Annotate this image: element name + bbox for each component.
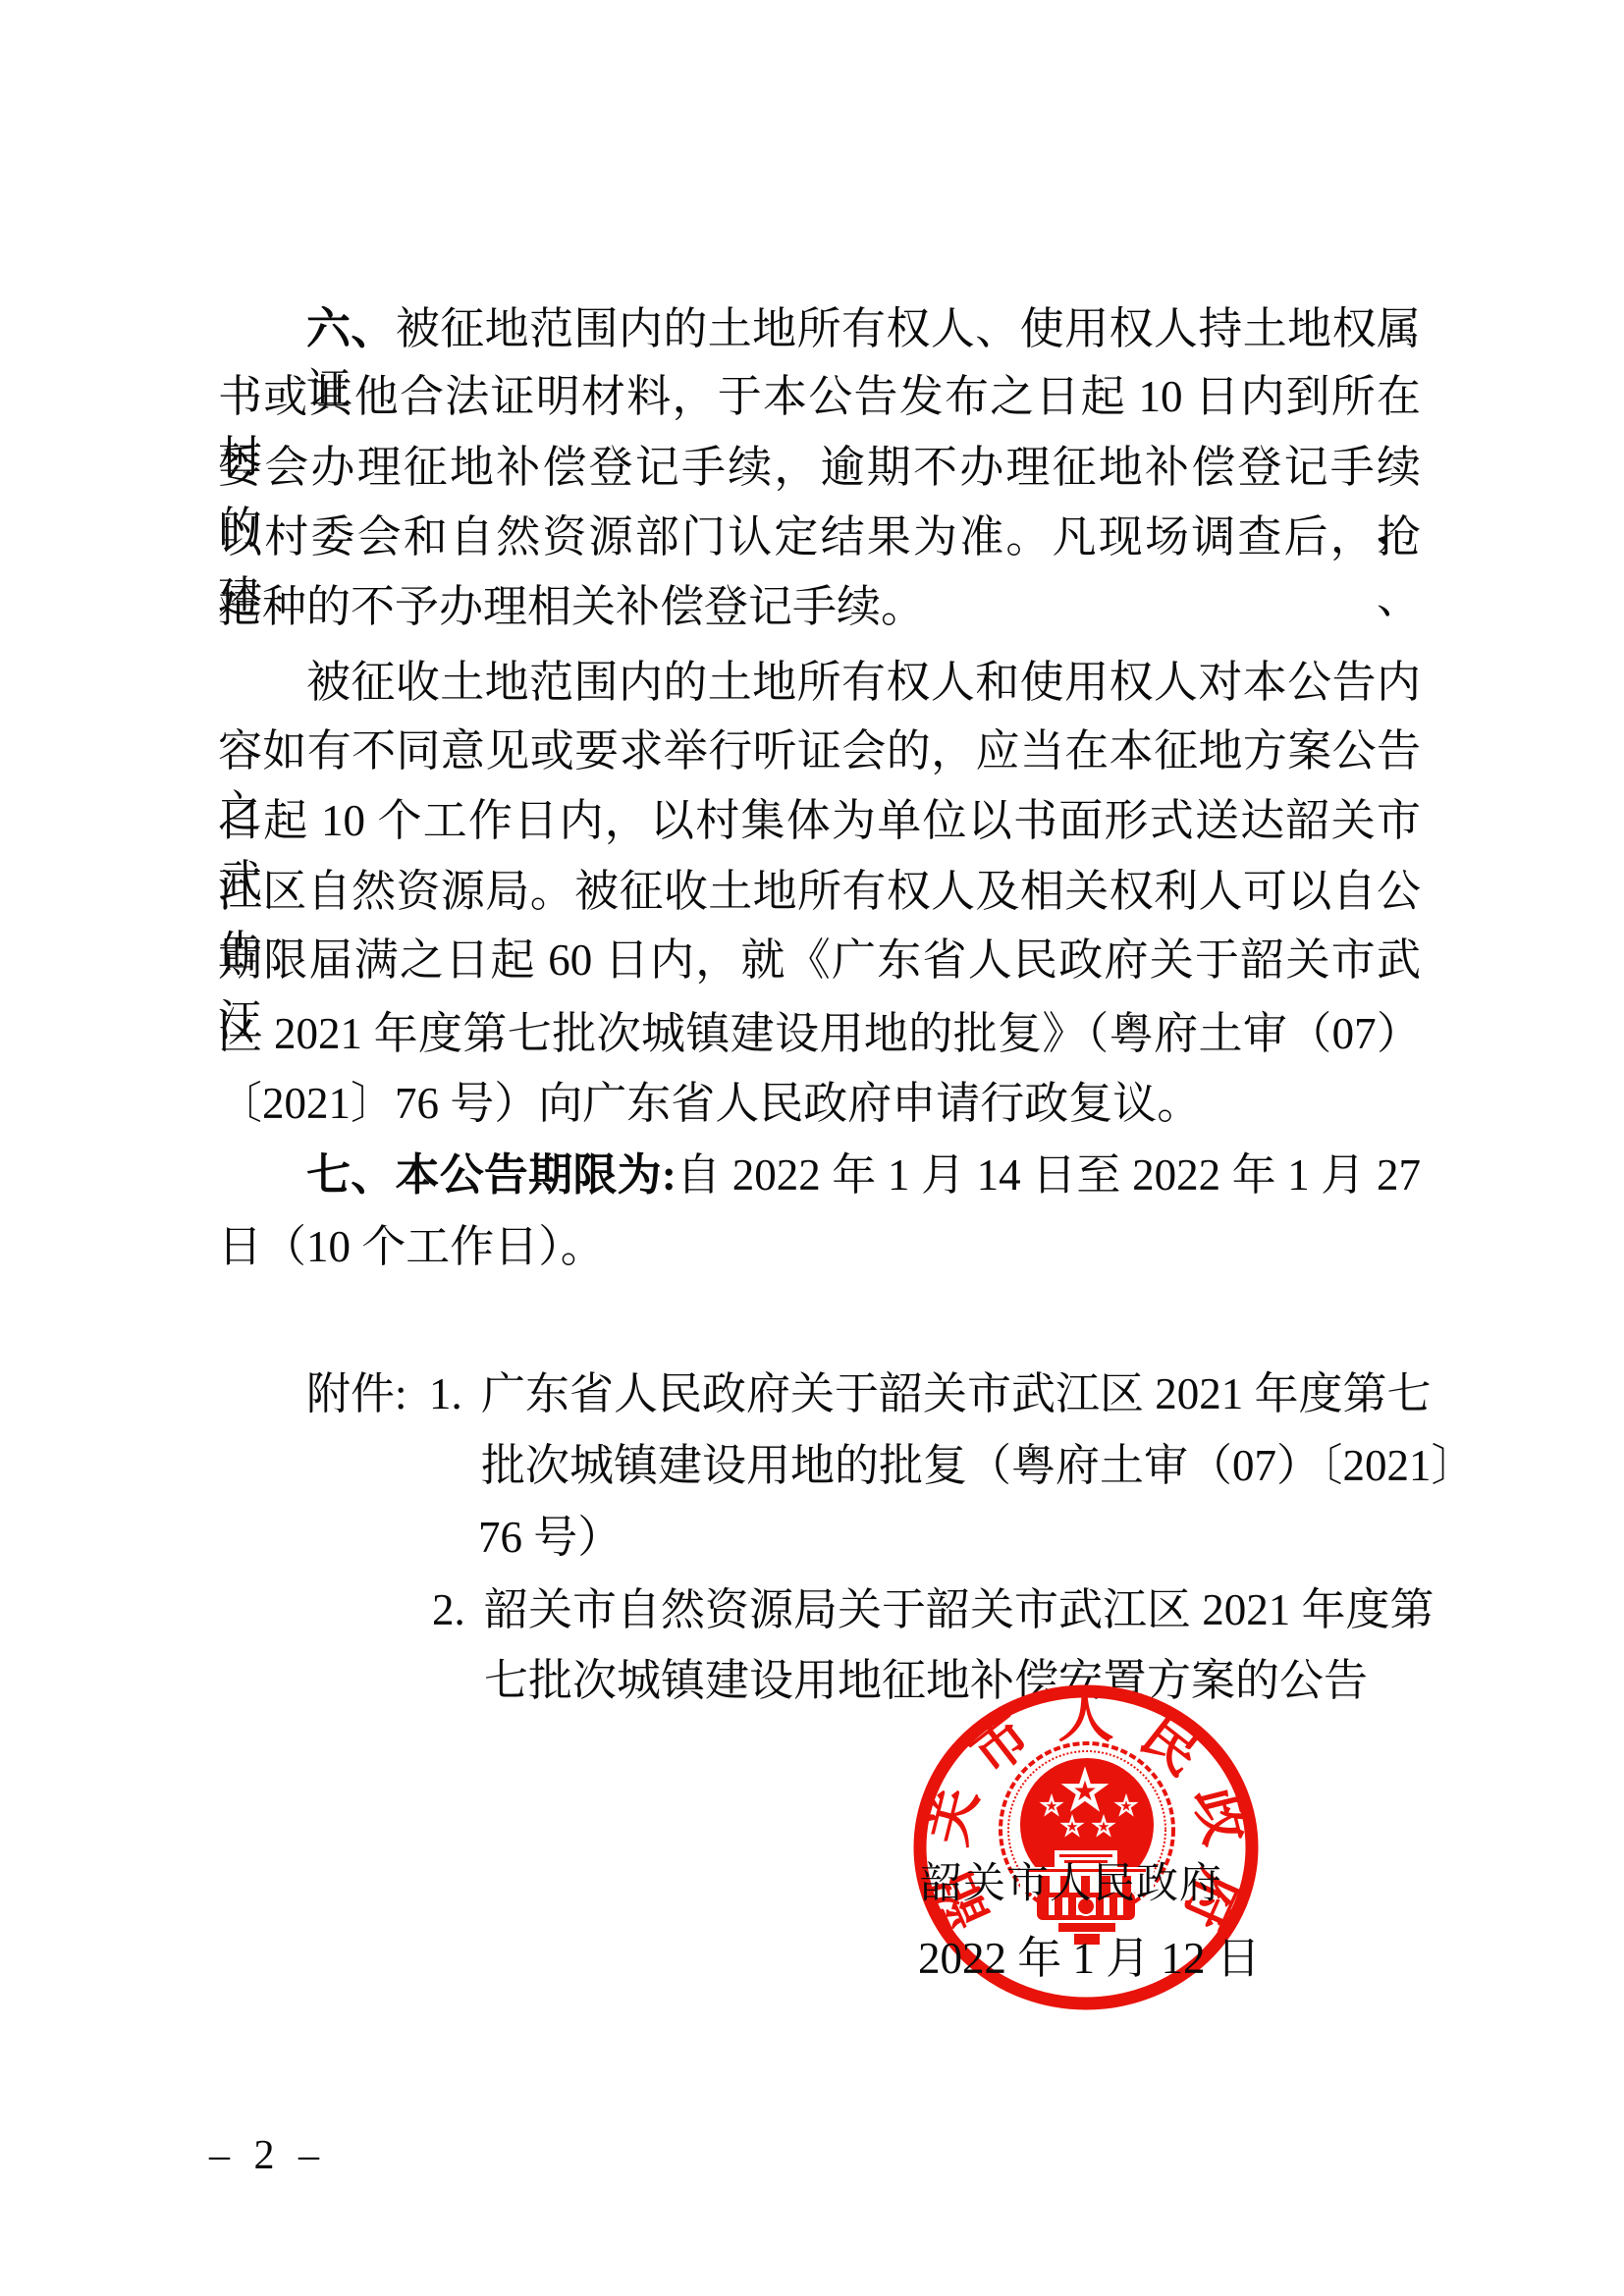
seal-char: 民 <box>1129 1704 1212 1788</box>
body-line: 七、本公告期限为:自 2022 年 1 月 14 日至 2022 年 1 月 2… <box>218 1145 1421 1205</box>
section6-number: 六、 <box>306 304 396 353</box>
body-text: 自 2022 年 1 月 14 日至 2022 年 1 月 27 <box>677 1150 1421 1200</box>
body-line: 容如有不同意见或要求举行听证会的，应当在本征地方案公告之 <box>218 721 1421 781</box>
attachments-label: 附件: <box>306 1363 429 1424</box>
attachment-line: 广东省人民政府关于韶关市武江区 2021 年度第七 <box>481 1369 1432 1418</box>
seal-char: 关 <box>916 1782 990 1851</box>
attachment-item-number: 2. <box>432 1579 484 1640</box>
attachment-row: 附件:1.广东省人民政府关于韶关市武江区 2021 年度第七 <box>306 1363 1432 1424</box>
body-line: 日起 10 个工作日内，以村集体为单位以书面形式送达韶关市武 <box>218 790 1421 851</box>
signature-date: 2022 年 1 月 12 日 <box>918 1933 1261 1984</box>
document-page: 六、被征地范围内的土地所有权人、使用权人持土地权属证 书或其他合法证明材料，于本… <box>0 0 1624 2296</box>
national-emblem-icon <box>1001 1743 1173 1945</box>
body-line: 委会办理征地补偿登记手续，逾期不办理征地补偿登记手续的， <box>218 437 1421 498</box>
body-line: 区 2021 年度第七批次城镇建设用地的批复》（粤府土审（07） <box>218 1003 1421 1064</box>
page-number: – 2 – <box>209 2130 326 2181</box>
attachment-line: 76 号） <box>478 1507 622 1568</box>
body-line: 以村委会和自然资源部门认定结果为准。凡现场调查后，抢建、 <box>218 507 1421 567</box>
seal-char: 人 <box>1058 1687 1114 1749</box>
body-line: 书或其他合法证明材料，于本公告发布之日起 10 日内到所在村 <box>218 366 1421 427</box>
body-line: 期限届满之日起 60 日内，就《广东省人民政府关于韶关市武江 <box>218 930 1421 990</box>
signature-issuer: 韶关市人民政府 <box>920 1860 1222 1909</box>
attachment-item-number: 1. <box>429 1363 481 1424</box>
attachment-row: 2.韶关市自然资源局关于韶关市武江区 2021 年度第 <box>432 1579 1435 1640</box>
attachment-line: 韶关市自然资源局关于韶关市武江区 2021 年度第 <box>484 1585 1435 1634</box>
section7-heading: 七、本公告期限为: <box>306 1150 677 1200</box>
attachment-line: 批次城镇建设用地的批复（粤府土审（07）〔2021〕 <box>481 1435 1476 1496</box>
body-line: 江区自然资源局。被征收土地所有权人及相关权利人可以自公告 <box>218 861 1421 922</box>
body-line: 六、被征地范围内的土地所有权人、使用权人持土地权属证 <box>218 298 1421 359</box>
body-line: 被征收土地范围内的土地所有权人和使用权人对本公告内 <box>218 652 1421 713</box>
body-line: 〔2021〕76 号）向广东省人民政府申请行政复议。 <box>218 1073 1421 1134</box>
body-line: 抢种的不予办理相关补偿登记手续。 <box>218 576 1421 637</box>
seal-char: 政 <box>1182 1782 1256 1851</box>
body-line: 日（10 个工作日）。 <box>218 1216 1421 1277</box>
